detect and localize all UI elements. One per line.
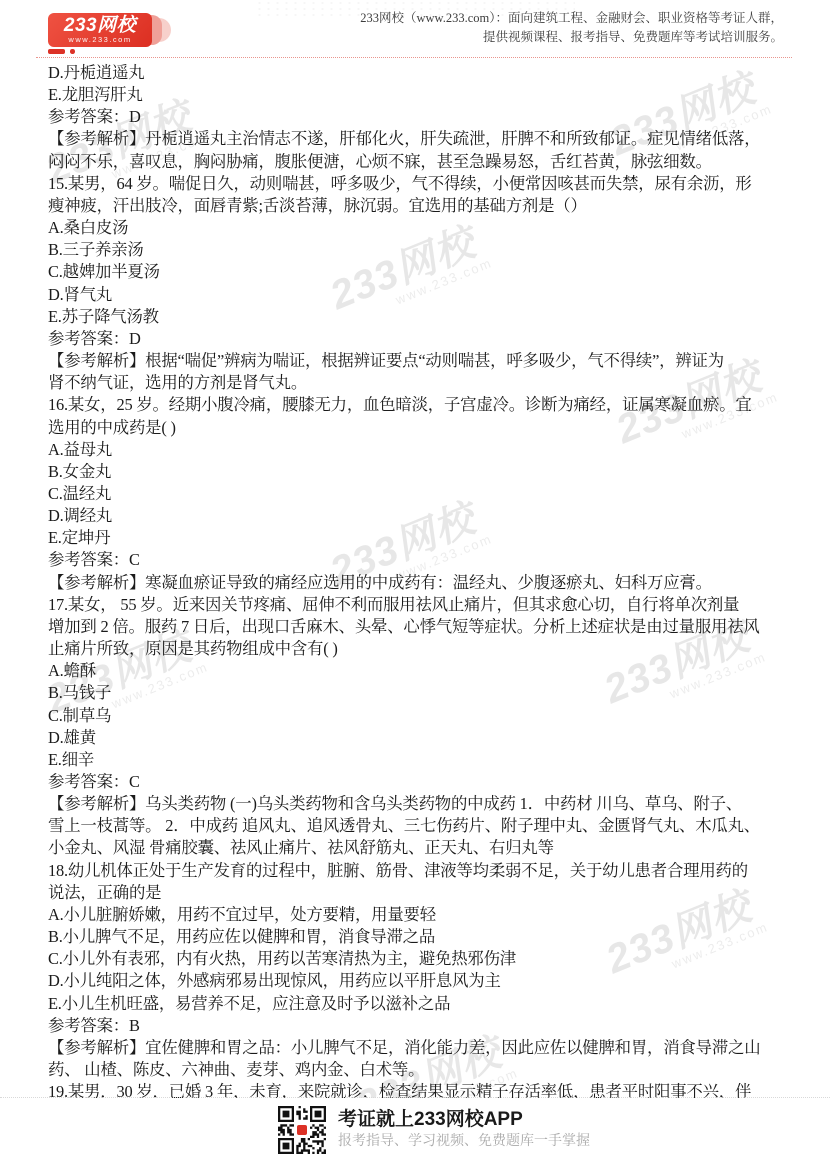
option-line: A.桑白皮汤 [48, 217, 788, 239]
analysis-line: 【参考解析】根据“喘促”辨病为喘证，根据辨证要点“动则喘甚，呼多吸少，气不得续”… [48, 350, 788, 372]
option-line: D.调经丸 [48, 505, 788, 527]
footer: 考证就上233网校APP 报考指导、学习视频、免费题库一手掌握 [0, 1098, 830, 1175]
footer-app-subtitle: 报考指导、学习视频、免费题库一手掌握 [338, 1130, 590, 1150]
option-line: D.小儿纯阳之体，外感病邪易出现惊风，用药应以平肝息风为主 [48, 970, 788, 992]
header: 233网校 www.233.com 233网校（www.233.com）：面向建… [0, 0, 830, 57]
question-line: 15.某男，64 岁。喘促日久，动则喘甚，呼多吸少，气不得续，小便常因咳甚而失禁… [48, 173, 788, 195]
tagline-line-2: 提供视频课程、报考指导、免费题库等考试培训服务。 [360, 28, 783, 47]
analysis-line: 闷闷不乐，喜叹息，胸闷胁痛，腹胀便溏，心烦不寐，甚至急躁易怒，舌红苔黄，脉弦细数… [48, 151, 788, 173]
answer-line: 参考答案：C [48, 771, 788, 793]
option-line: D.肾气丸 [48, 284, 788, 306]
option-line: E.小儿生机旺盛，易营养不足，应注意及时予以滋补之品 [48, 993, 788, 1015]
option-line: B.三子养亲汤 [48, 239, 788, 261]
analysis-line: 肾不纳气证，选用的方剂是肾气丸。 [48, 372, 788, 394]
logo-box: 233网校 www.233.com [48, 13, 152, 47]
option-line: A.蟾酥 [48, 660, 788, 682]
option-line: B.马钱子 [48, 682, 788, 704]
logo-dash [48, 49, 65, 54]
analysis-line: 雪上一枝蒿等。 2．中成药 追风丸、追风透骨丸、三七伤药片、附子理中丸、金匮肾气… [48, 815, 788, 837]
answer-line: 参考答案：B [48, 1015, 788, 1037]
logo-dot [70, 49, 75, 54]
text-line: D.丹栀逍遥丸 [48, 62, 788, 84]
analysis-line: 【参考解析】丹栀逍遥丸主治情志不遂，肝郁化火，肝失疏泄，肝脾不和所致郁证。症见情… [48, 128, 788, 150]
option-line: C.制草乌 [48, 705, 788, 727]
analysis-line: 【参考解析】乌头类药物 (一)乌头类药物和含乌头类药物的中成药 1．中药材 川乌… [48, 793, 788, 815]
option-line: B.女金丸 [48, 461, 788, 483]
option-line: C.越婢加半夏汤 [48, 261, 788, 283]
option-line: E.定坤丹 [48, 527, 788, 549]
question-line: 增加到 2 倍。服药 7 日后，出现口舌麻木、头晕、心悸气短等症状。分析上述症状… [48, 616, 788, 638]
qr-code [278, 1106, 326, 1154]
analysis-line: 药、 山楂、陈皮、六神曲、麦芽、鸡内金、白术等。 [48, 1059, 788, 1081]
analysis-line: 【参考解析】宜佐健脾和胃之品：小儿脾气不足，消化能力差，因此应佐以健脾和胃，消食… [48, 1037, 788, 1059]
header-divider [36, 57, 792, 58]
site-logo: 233网校 www.233.com [48, 13, 152, 47]
option-line: C.小儿外有表邪，内有火热，用药以苦寒清热为主，避免热邪伤津 [48, 948, 788, 970]
question-line: 瘦神疲，汗出肢冷，面唇青紫;舌淡苔薄，脉沉弱。宜选用的基础方剂是（） [48, 195, 788, 217]
header-tagline: 233网校（www.233.com）：面向建筑工程、金融财会、职业资格等考证人群… [360, 9, 783, 47]
question-line: 选用的中成药是( ) [48, 417, 788, 439]
option-line: E.细辛 [48, 749, 788, 771]
option-line: D.雄黄 [48, 727, 788, 749]
option-line: C.温经丸 [48, 483, 788, 505]
option-line: E.苏子降气汤教 [48, 306, 788, 328]
logo-title: 233网校 [64, 16, 136, 35]
text-line: E.龙胆泻肝丸 [48, 84, 788, 106]
analysis-line: 小金丸、风湿 骨痛胶囊、祛风止痛片、祛风舒筋丸、正天丸、右归丸等 [48, 837, 788, 859]
answer-line: 参考答案：D [48, 328, 788, 350]
question-line: 说法，正确的是 [48, 882, 788, 904]
question-line: 17.某女， 55 岁。近来因关节疼痛、屈伸不利而服用祛风止痛片，但其求愈心切，… [48, 594, 788, 616]
exam-content: D.丹栀逍遥丸 E.龙胆泻肝丸 参考答案：D 【参考解析】丹栀逍遥丸主治情志不遂… [48, 62, 788, 1103]
tagline-line-1: 233网校（www.233.com）：面向建筑工程、金融财会、职业资格等考证人群… [360, 9, 783, 28]
analysis-line: 【参考解析】寒凝血瘀证导致的痛经应选用的中成药有：温经丸、少腹逐瘀丸、妇科万应膏… [48, 572, 788, 594]
option-line: A.益母丸 [48, 439, 788, 461]
document-page: 233网校www.233.com 233网校www.233.com 233网校w… [0, 0, 830, 1175]
question-line: 18.幼儿机体正处于生产发育的过程中，脏腑、筋骨、津液等均柔弱不足，关于幼儿患者… [48, 860, 788, 882]
question-line: 止痛片所致，原因是其药物组成中含有( ) [48, 638, 788, 660]
answer-line: 参考答案：D [48, 106, 788, 128]
answer-line: 参考答案：C [48, 549, 788, 571]
option-line: B.小儿脾气不足，用药应佐以健脾和胃，消食导滞之品 [48, 926, 788, 948]
footer-app-title: 考证就上233网校APP [338, 1104, 523, 1131]
option-line: A.小儿脏腑娇嫩，用药不宜过早，处方要精，用量要轻 [48, 904, 788, 926]
logo-url: www.233.com [68, 35, 131, 44]
question-line: 16.某女，25 岁。经期小腹冷痛，腰膝无力，血色暗淡，子宫虚冷。诊断为痛经，证… [48, 394, 788, 416]
